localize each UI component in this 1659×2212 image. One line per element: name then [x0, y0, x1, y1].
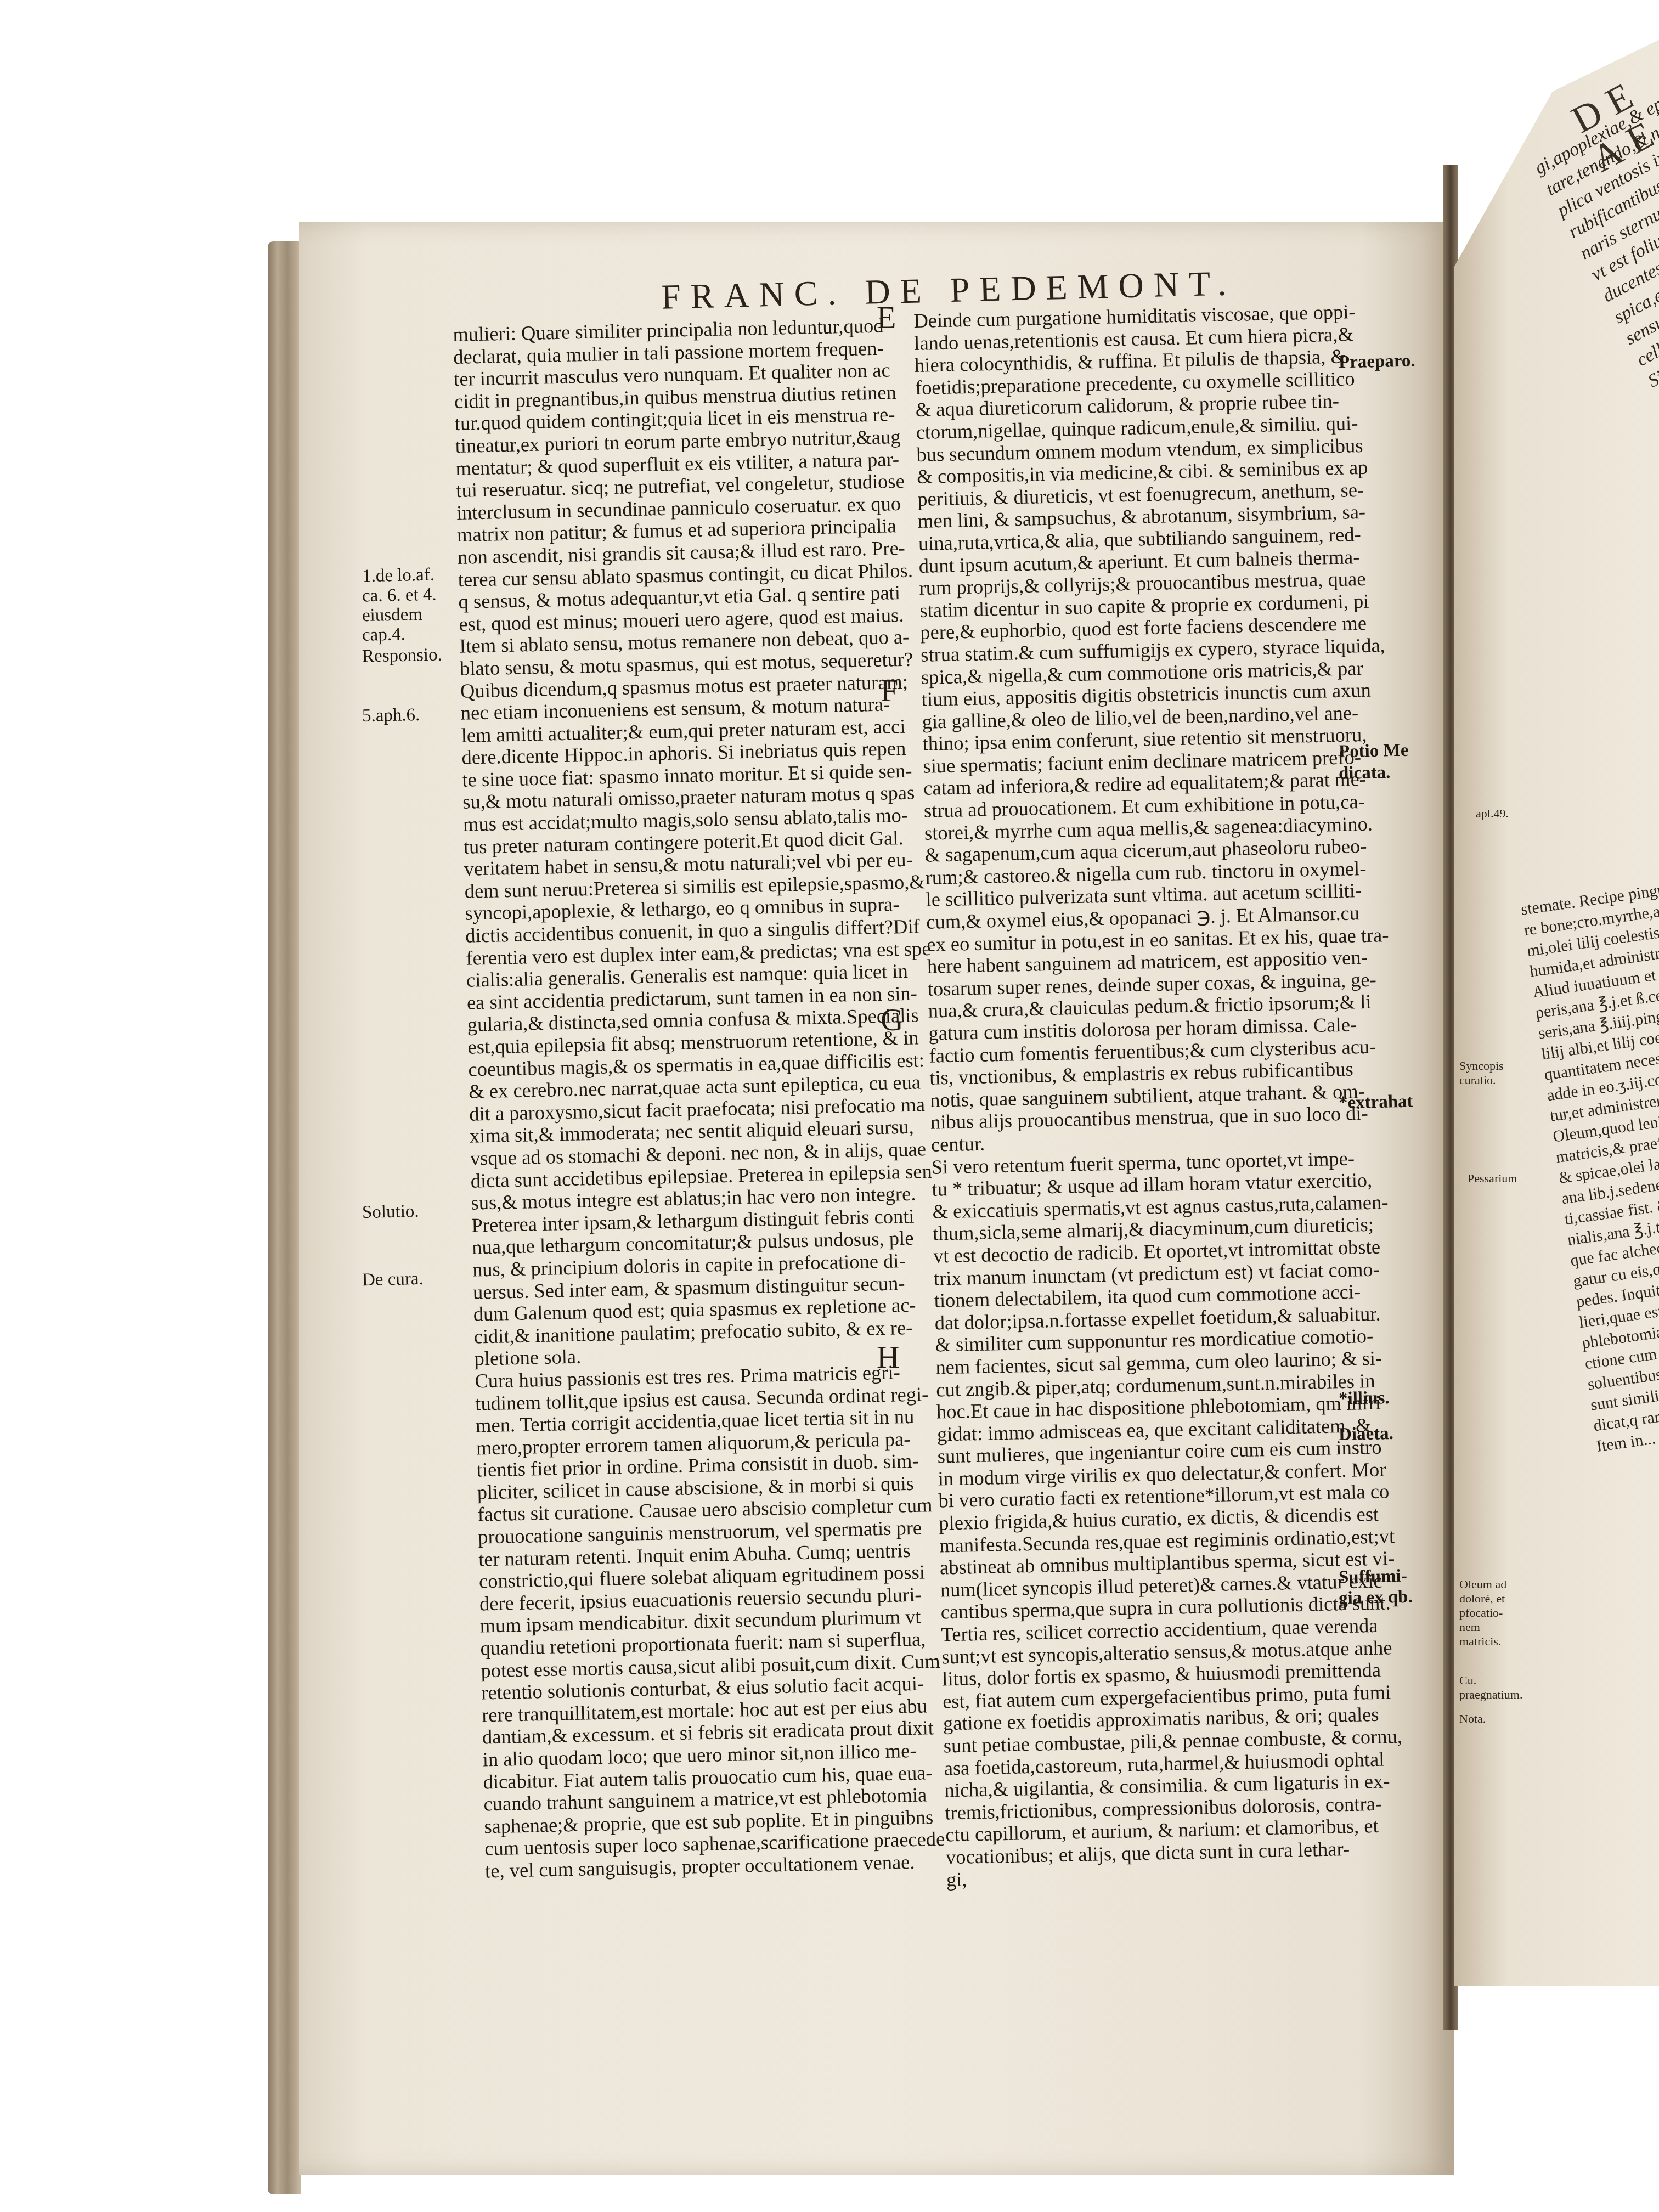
margin-note: *illius.	[1339, 1387, 1390, 1409]
margin-note: *extrahat	[1339, 1091, 1413, 1114]
margin-note: Responsio.	[362, 644, 443, 667]
right-page-text-bottom: stemate. Recipe pinguere bone;cro.myrrhe…	[1520, 866, 1659, 1457]
margin-note: Nota.	[1459, 1712, 1520, 1726]
margin-note: eiusdem	[362, 604, 423, 626]
margin-note: Cu. praegnatium.	[1459, 1673, 1520, 1702]
margin-note: dicata.	[1339, 762, 1391, 784]
section-letter: H	[877, 1339, 900, 1375]
left-text-column: mulieri: Quare similiter principalia non…	[453, 314, 950, 1882]
section-letter: F	[881, 672, 898, 709]
margin-note: Syncopis curatio.	[1459, 1059, 1520, 1087]
margin-note: 1.de lo.af.	[362, 565, 435, 587]
margin-note: Solutio.	[362, 1201, 419, 1223]
section-letter: E	[877, 299, 896, 336]
book-page-edges	[268, 241, 301, 2194]
margin-note: cap.4.	[362, 624, 406, 646]
margin-note: Diaeta.	[1339, 1423, 1394, 1445]
section-letter: G	[881, 1001, 904, 1038]
margin-note: Potio Me	[1339, 740, 1409, 763]
margin-note: gia ex qb.	[1339, 1587, 1413, 1609]
margin-note: Suffumi-	[1339, 1566, 1407, 1588]
margin-note: De cura.	[362, 1268, 424, 1290]
margin-note: Oleum ad doloré, et pfocatio-nem matrici…	[1459, 1577, 1520, 1649]
right-text-column: Deinde cum purgatione humiditatis viscos…	[913, 300, 1411, 1891]
margin-note: Praeparo.	[1339, 351, 1415, 373]
margin-note: ca. 6. et 4.	[362, 584, 437, 607]
margin-note: apl.49.	[1476, 806, 1536, 821]
right-page: DE AE gi,apoplexiae,& epilepsiae,& synco…	[1454, 33, 1659, 1986]
right-page-text-top: gi,apoplexiae,& epilepsiae,& syncopis. &…	[1531, 33, 1659, 798]
margin-note: Pessarium	[1468, 1171, 1528, 1186]
margin-note: 5.aph.6.	[362, 704, 420, 726]
